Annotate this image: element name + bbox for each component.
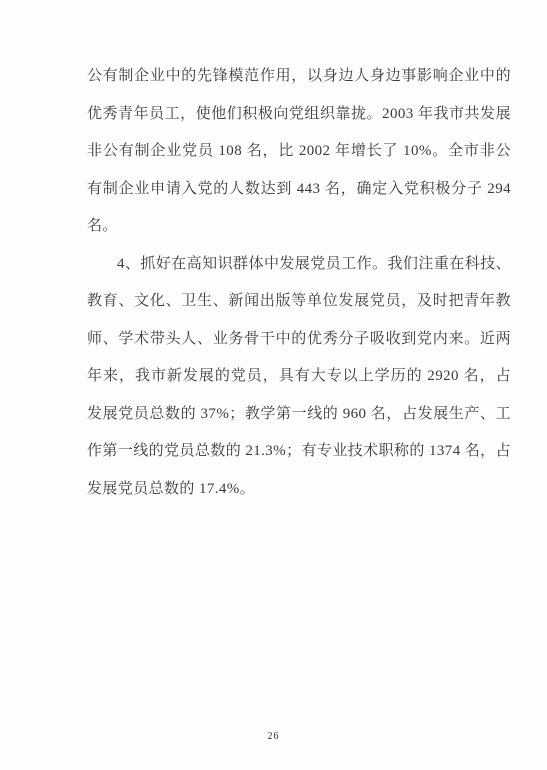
document-page: 公有制企业中的先锋模范作用，以身边人身边事影响企业中的优秀青年员工，使他们积极向… [0, 0, 547, 770]
paragraph-continuation: 公有制企业中的先锋模范作用，以身边人身边事影响企业中的优秀青年员工，使他们积极向… [87, 58, 511, 246]
paragraph-item-4: 4、抓好在高知识群体中发展党员工作。我们注重在科技、教育、文化、卫生、新闻出版等… [87, 246, 511, 509]
page-footer: 26 [0, 726, 547, 744]
page-number: 26 [268, 731, 280, 742]
text-block: 公有制企业中的先锋模范作用，以身边人身边事影响企业中的优秀青年员工，使他们积极向… [87, 58, 511, 508]
